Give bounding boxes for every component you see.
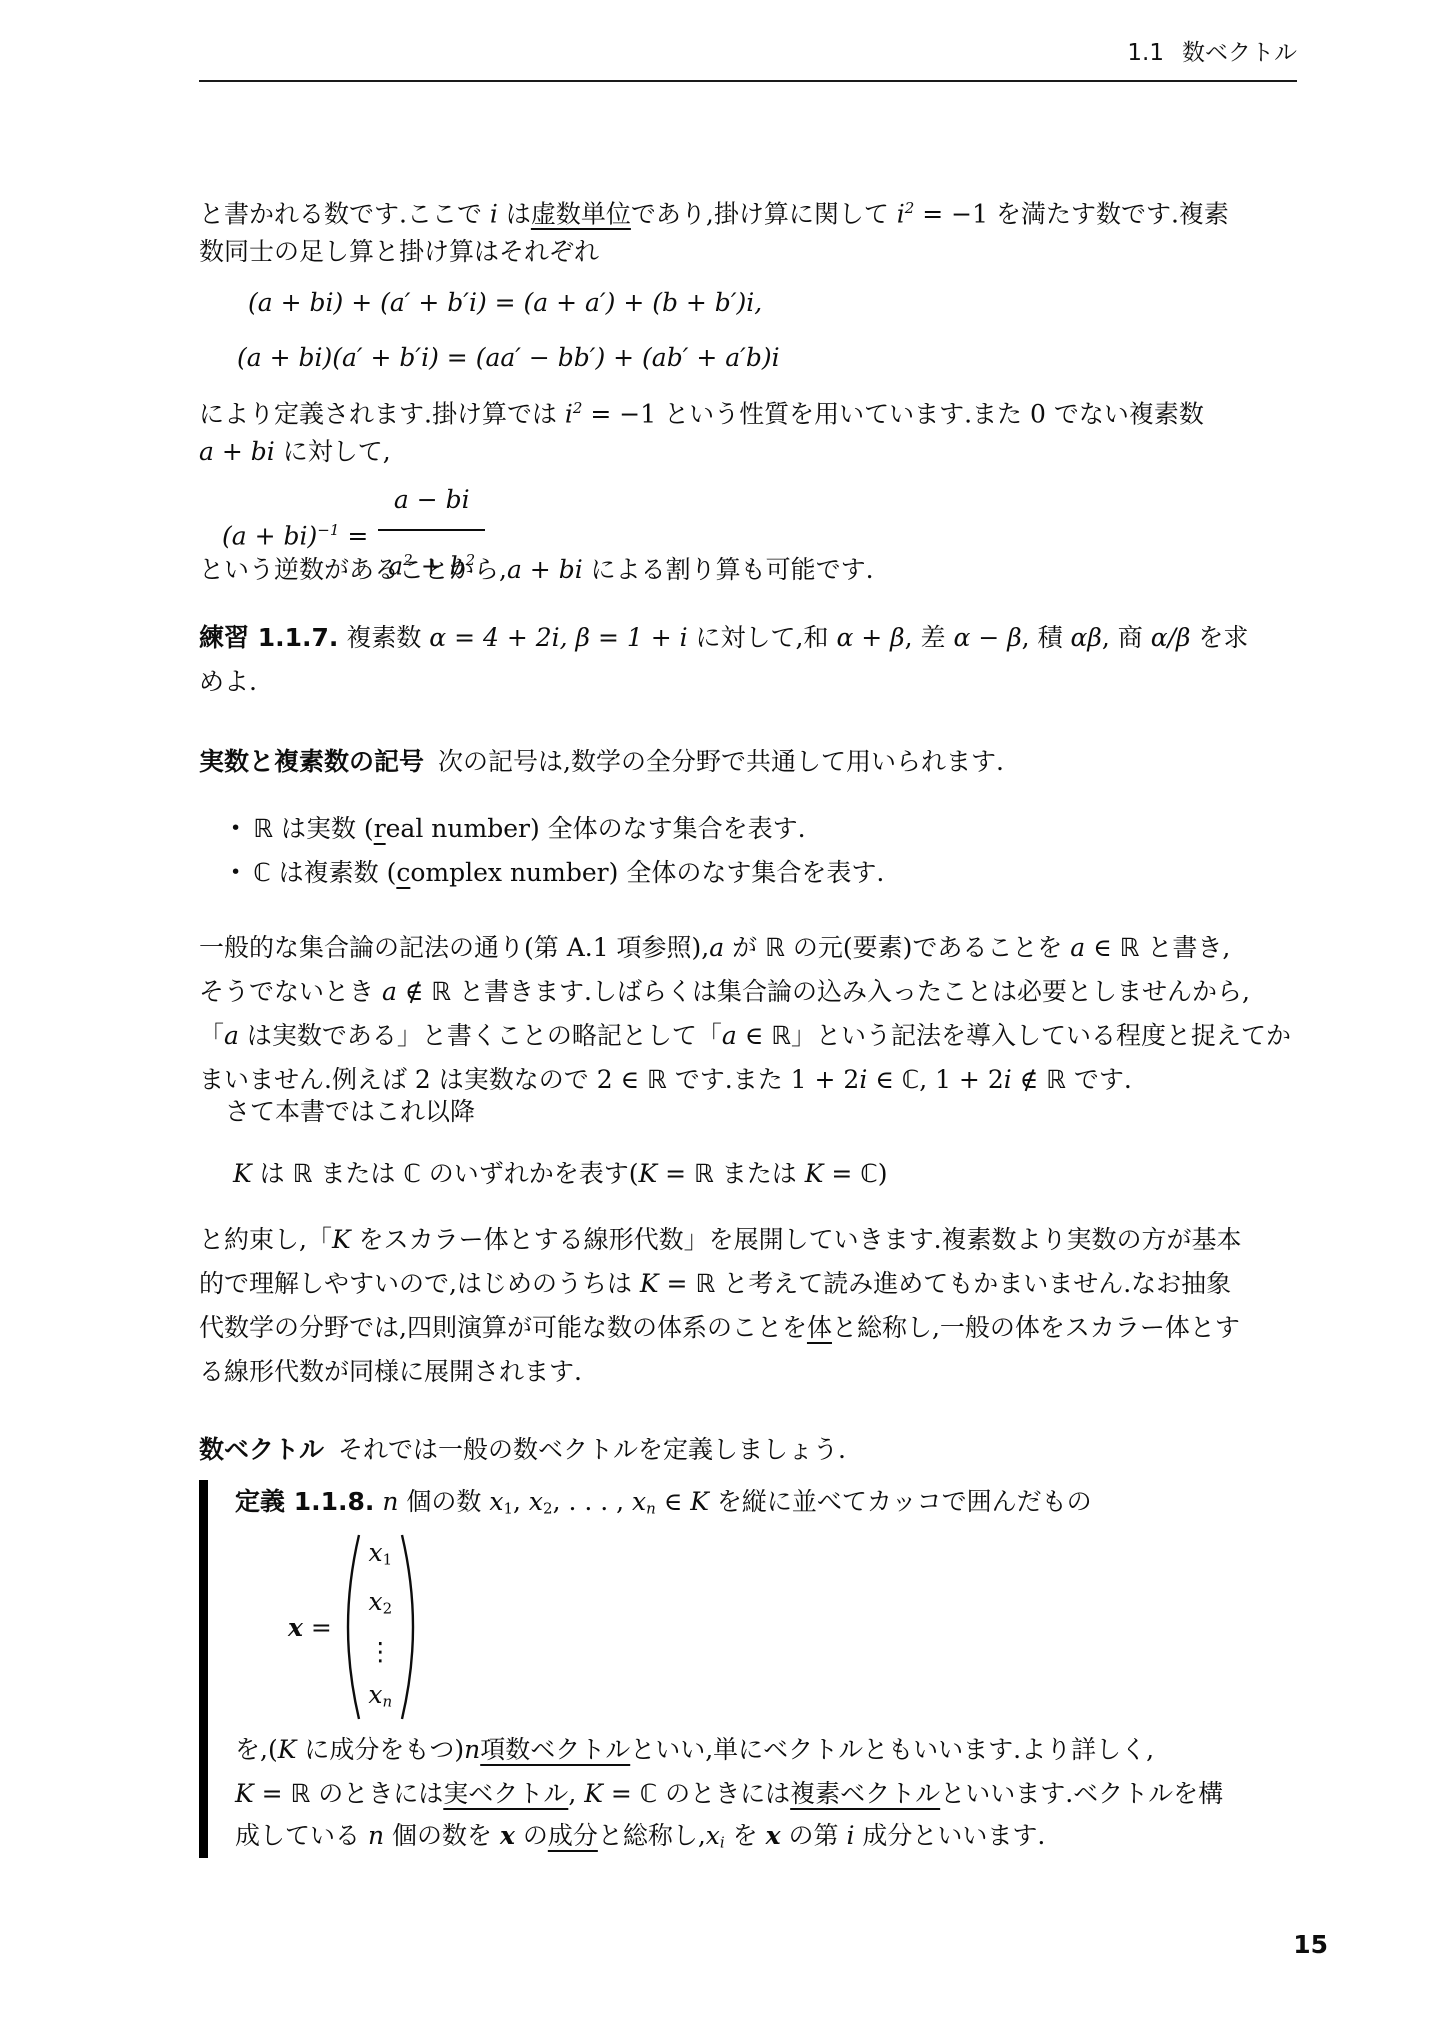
- paragraph-intro-line-2: 数同士の足し算と掛け算はそれぞれ: [199, 230, 599, 274]
- vector-entry-xn: xn: [368, 1681, 392, 1715]
- textbook-page: 1.1数ベクトル と書かれる数です.ここで i は虚数単位であり,掛け算に関して…: [0, 0, 1433, 2024]
- bullet-icon: •: [230, 861, 241, 883]
- heading-number-vectors: 数ベクトルそれでは一般の数ベクトルを定義しましょう.: [199, 1428, 846, 1472]
- vector-lhs: x =: [288, 1613, 332, 1642]
- paragraph-set-notation-line-3: 「a は実数である」と書くことの略記として「a ∈ ℝ」という記法を導入している…: [199, 1014, 1291, 1058]
- bullet-icon: •: [230, 817, 241, 839]
- vector-entry-x1: x1: [368, 1539, 392, 1573]
- bullet-real-numbers-text: ℝ は実数 (real number) 全体のなす集合を表す.: [253, 814, 805, 843]
- left-paren-icon: [344, 1532, 362, 1722]
- paragraph-definition-line-2: a + bi に対して,: [199, 430, 391, 474]
- definition-line-3: K = ℝ のときには実ベクトル, K = ℂ のときには複素ベクトルといいます…: [235, 1772, 1223, 1816]
- bullet-complex-numbers: •ℂ は複素数 (complex number) 全体のなす集合を表す.: [230, 850, 884, 895]
- paragraph-reciprocal: という逆数があることから,a + bi による割り算も可能です.: [199, 548, 874, 592]
- vector-entry-dots: ⋮: [368, 1638, 393, 1666]
- fraction-numerator: a − bi: [378, 478, 485, 529]
- equation-complex-multiplication: (a + bi)(a′ + b′i) = (aa′ − bb′) + (ab′ …: [237, 336, 780, 380]
- running-header: 1.1数ベクトル: [199, 38, 1297, 68]
- definition-line-2: を,(K に成分をもつ)n項数ベクトルといい,単にベクトルともいいます.より詳し…: [235, 1728, 1154, 1772]
- definition-1-1-8-block: 定義 1.1.8. n 個の数 x1, x2, . . . , xn ∈ K を…: [199, 1480, 1297, 1858]
- paragraph-intro-line-1: と書かれる数です.ここで i は虚数単位であり,掛け算に関して i2 = −1 …: [199, 186, 1229, 236]
- exercise-1-1-7-line-1: 練習 1.1.7. 複素数 α = 4 + 2i, β = 1 + i に対して…: [199, 616, 1248, 660]
- definition-line-4: 成している n 個の数を x の成分と総称し,xi を x の第 i 成分といい…: [235, 1814, 1045, 1864]
- section-title: 数ベクトル: [1182, 40, 1297, 66]
- page-number: 15: [1293, 1930, 1328, 1960]
- equation-K-convention: K は ℝ または ℂ のいずれかを表す(K = ℝ または K = ℂ): [233, 1152, 888, 1196]
- paragraph-scalar-field-line-2: 的で理解しやすいので,はじめのうちは K = ℝ と考えて読み進めてもかまいませ…: [199, 1262, 1231, 1306]
- bullet-complex-numbers-text: ℂ は複素数 (complex number) 全体のなす集合を表す.: [253, 858, 884, 887]
- right-paren-icon: [399, 1532, 417, 1722]
- vector-entry-x2: x2: [368, 1588, 392, 1622]
- definition-left-bar: [199, 1480, 208, 1858]
- paragraph-scalar-field-line-1: と約束し,「K をスカラー体とする線形代数」を展開していきます.複素数より実数の…: [199, 1218, 1242, 1262]
- paragraph-scalar-field-line-3: 代数学の分野では,四則演算が可能な数の体系のことを体と総称し,一般の体をスカラー…: [199, 1306, 1240, 1350]
- heading-real-complex-symbols: 実数と複素数の記号次の記号は,数学の全分野で共通して用いられます.: [199, 740, 1004, 784]
- header-rule: [199, 80, 1297, 82]
- paragraph-henceforth: さて本書ではこれ以降: [225, 1090, 475, 1134]
- paragraph-scalar-field-line-4: る線形代数が同様に展開されます.: [199, 1350, 582, 1394]
- text-block: 1.1数ベクトル と書かれる数です.ここで i は虚数単位であり,掛け算に関して…: [199, 0, 1297, 2024]
- paragraph-set-notation-line-1: 一般的な集合論の記法の通り(第 A.1 項参照),a が ℝ の元(要素)である…: [199, 926, 1230, 970]
- paragraph-definition-line-1: により定義されます.掛け算では i2 = −1 という性質を用いています.また …: [199, 386, 1204, 436]
- bullet-real-numbers: •ℝ は実数 (real number) 全体のなす集合を表す.: [230, 806, 806, 851]
- section-number: 1.1: [1127, 40, 1164, 66]
- definition-line-1: 定義 1.1.8. n 個の数 x1, x2, . . . , xn ∈ K を…: [235, 1480, 1092, 1530]
- paragraph-set-notation-line-2: そうでないとき a ∉ ℝ と書きます.しばらくは集合論の込み入ったことは必要と…: [199, 970, 1250, 1014]
- vector-entries: x1 x2 ⋮ xn: [362, 1539, 399, 1715]
- exercise-1-1-7-line-2: めよ.: [199, 660, 257, 704]
- vector-display: x = x1 x2 ⋮ xn: [288, 1532, 417, 1722]
- equation-complex-addition: (a + bi) + (a′ + b′i) = (a + a′) + (b + …: [248, 281, 762, 325]
